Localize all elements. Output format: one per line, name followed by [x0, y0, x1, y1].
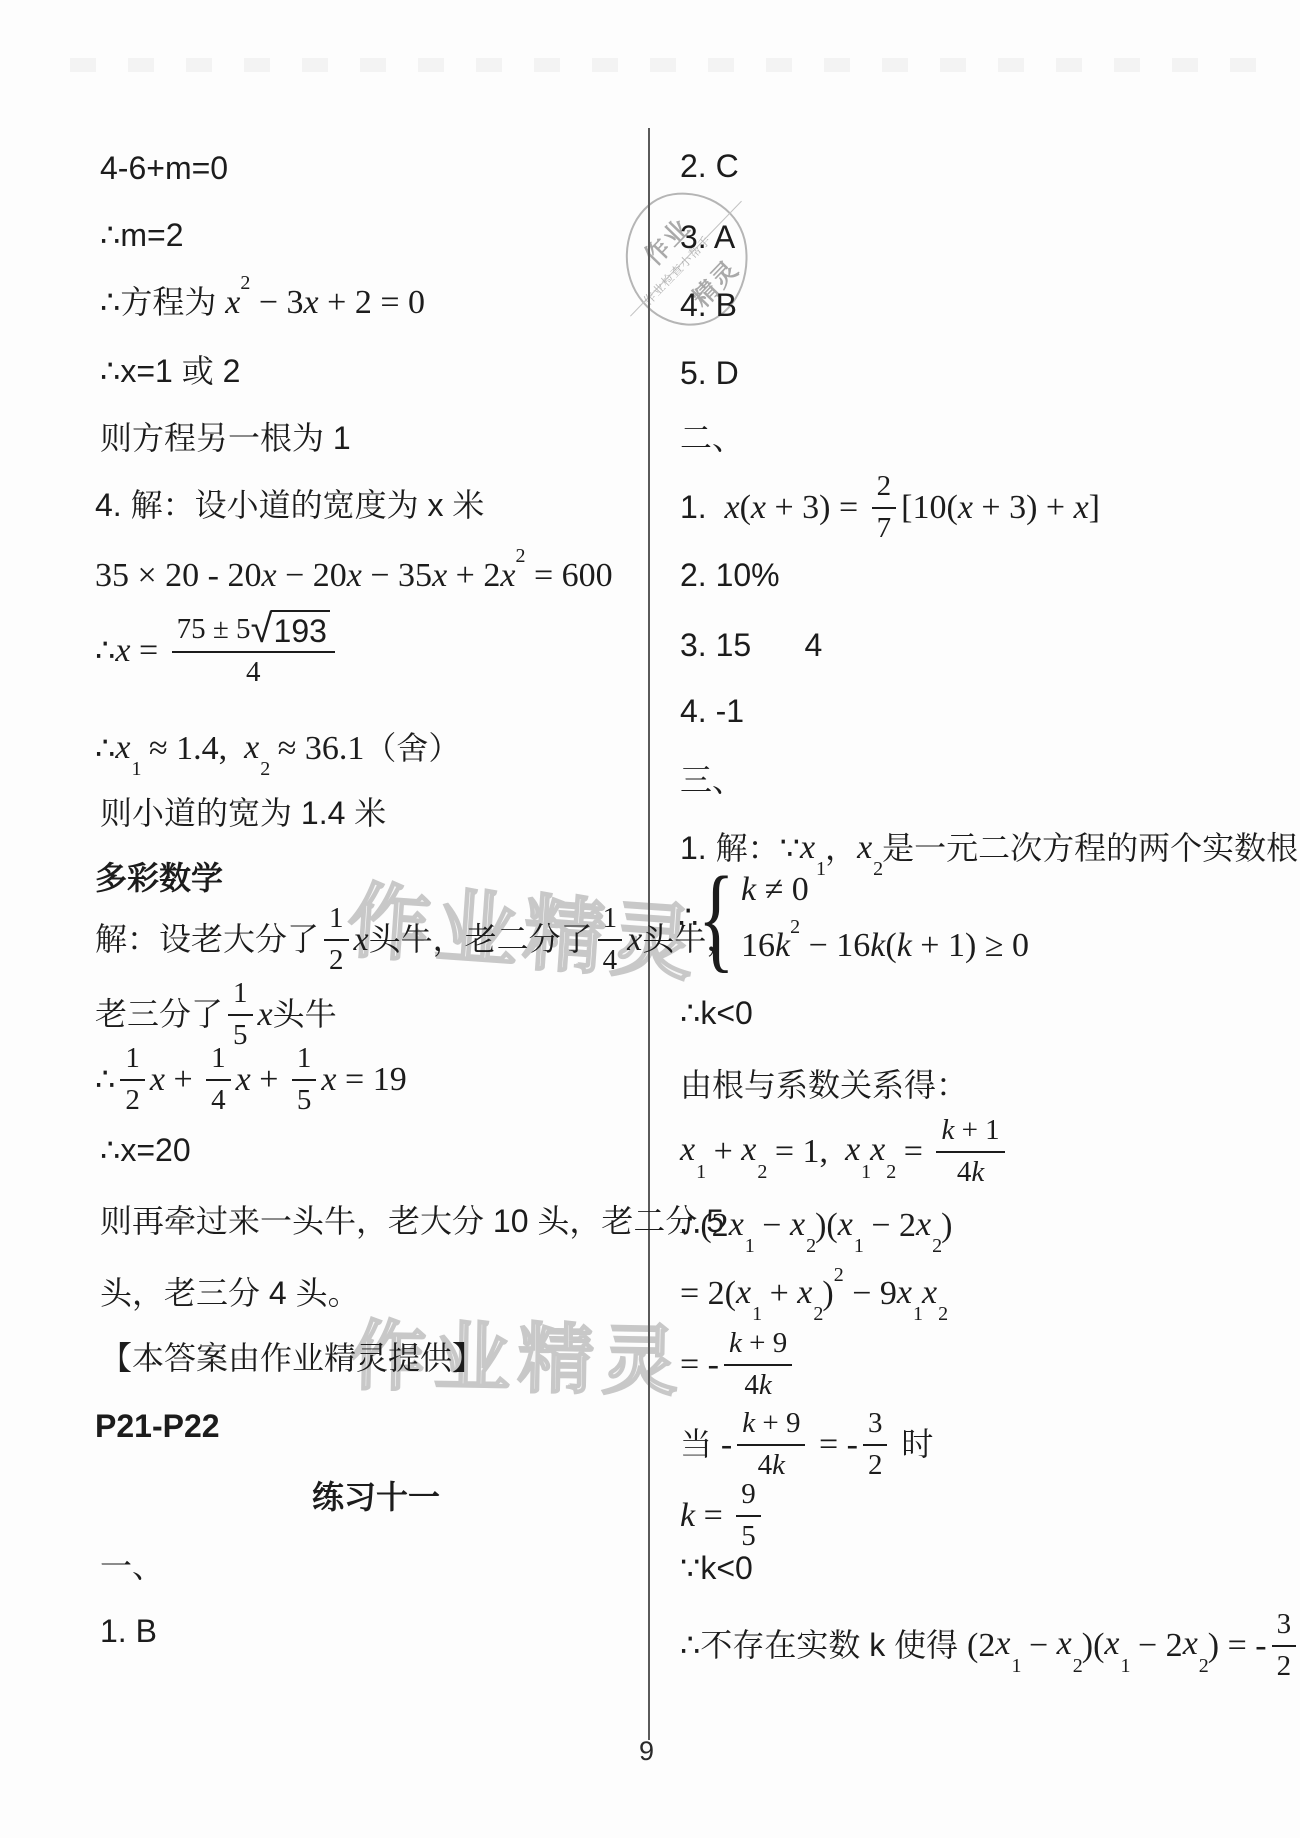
left-line-14: ∴12x + 14x + 15x = 19 — [95, 1040, 407, 1119]
left-line-7: 35 × 20 - 20x − 20x − 35x + 2x2 = 600 — [95, 554, 613, 598]
left-line-8: ∴x = 75 ± 5√1934 — [95, 610, 340, 692]
workbook-answer-page: { "page_number": "9", "colors": { "backg… — [0, 0, 1300, 1838]
left-line-2: ∴m=2 — [100, 215, 184, 257]
left-line-9: ∴x1 ≈ 1.4, x2 ≈ 36.1（舍） — [95, 726, 460, 772]
right-line-17: = 2(x1 + x2)2 − 9x1x2 — [680, 1271, 947, 1317]
left-line-11: 多彩数学 — [95, 858, 223, 900]
left-line-6: 4. 解：设小道的宽度为 x 米 — [95, 485, 484, 527]
right-line-12: ∴{k ≠ 016k2 − 16k(k + 1) ≥ 0 — [678, 868, 1029, 968]
left-line-17: 头，老三分 4 头。 — [100, 1273, 360, 1315]
left-line-16: 则再牵过来一头牛，老大分 10 头，老二分 5 — [100, 1201, 724, 1243]
left-line-3: ∴方程为 x2 − 3x + 2 = 0 — [100, 281, 425, 325]
left-line-20: 练习十一 — [312, 1477, 440, 1519]
left-line-4: ∴x=1 或 2 — [100, 351, 240, 393]
right-line-7: 2. 10% — [680, 555, 780, 597]
left-line-22: 1. B — [100, 1611, 157, 1653]
right-line-10: 三、 — [680, 760, 744, 802]
left-line-1: 4-6+m=0 — [100, 148, 228, 190]
right-line-20: k = 95 — [680, 1476, 766, 1555]
left-line-21: 一、 — [100, 1546, 164, 1588]
right-line-1: 2. C — [680, 146, 739, 188]
right-line-14: 由根与系数关系得： — [680, 1065, 968, 1107]
right-line-9: 4. -1 — [680, 691, 744, 733]
faint-artifact-row — [70, 58, 1260, 72]
left-line-15: ∴x=20 — [100, 1130, 191, 1172]
left-line-10: 则小道的宽为 1.4 米 — [100, 793, 386, 835]
right-line-4: 5. D — [680, 353, 739, 395]
left-line-5: 则方程另一根为 1 — [100, 418, 351, 460]
right-line-15: x1 + x2 = 1, x1x2 = k + 14k — [680, 1112, 1010, 1191]
right-line-8: 3. 15 4 — [680, 625, 822, 667]
right-line-2: 3. A — [680, 217, 735, 259]
page-number: 9 — [639, 1736, 654, 1767]
right-line-13: ∴k<0 — [680, 993, 753, 1035]
right-line-21: ∵k<0 — [680, 1548, 753, 1590]
left-line-19: P21-P22 — [95, 1406, 220, 1448]
right-line-19: 当 -k + 94k = -32 时 — [680, 1405, 933, 1484]
right-line-18: = -k + 94k — [680, 1325, 797, 1404]
right-line-3: 4. B — [680, 285, 737, 327]
right-line-11: 1. 解：∵x1，x2是一元二次方程的两个实数根 — [680, 826, 1298, 872]
right-line-16: ∴(2x1 − x2)(x1 − 2x2) — [680, 1203, 952, 1249]
right-line-6: 1. x(x + 3) = 27[10(x + 3) + x] — [680, 468, 1100, 547]
right-line-22: ∴不存在实数 k 使得 (2x1 − x2)(x1 − 2x2) = -32 — [680, 1606, 1300, 1685]
right-line-5: 二、 — [680, 418, 744, 460]
left-line-12: 解：设老大分了12x头牛，老二分了14x头牛， — [95, 900, 738, 979]
left-line-18: 【本答案由作业精灵提供】 — [100, 1338, 484, 1380]
